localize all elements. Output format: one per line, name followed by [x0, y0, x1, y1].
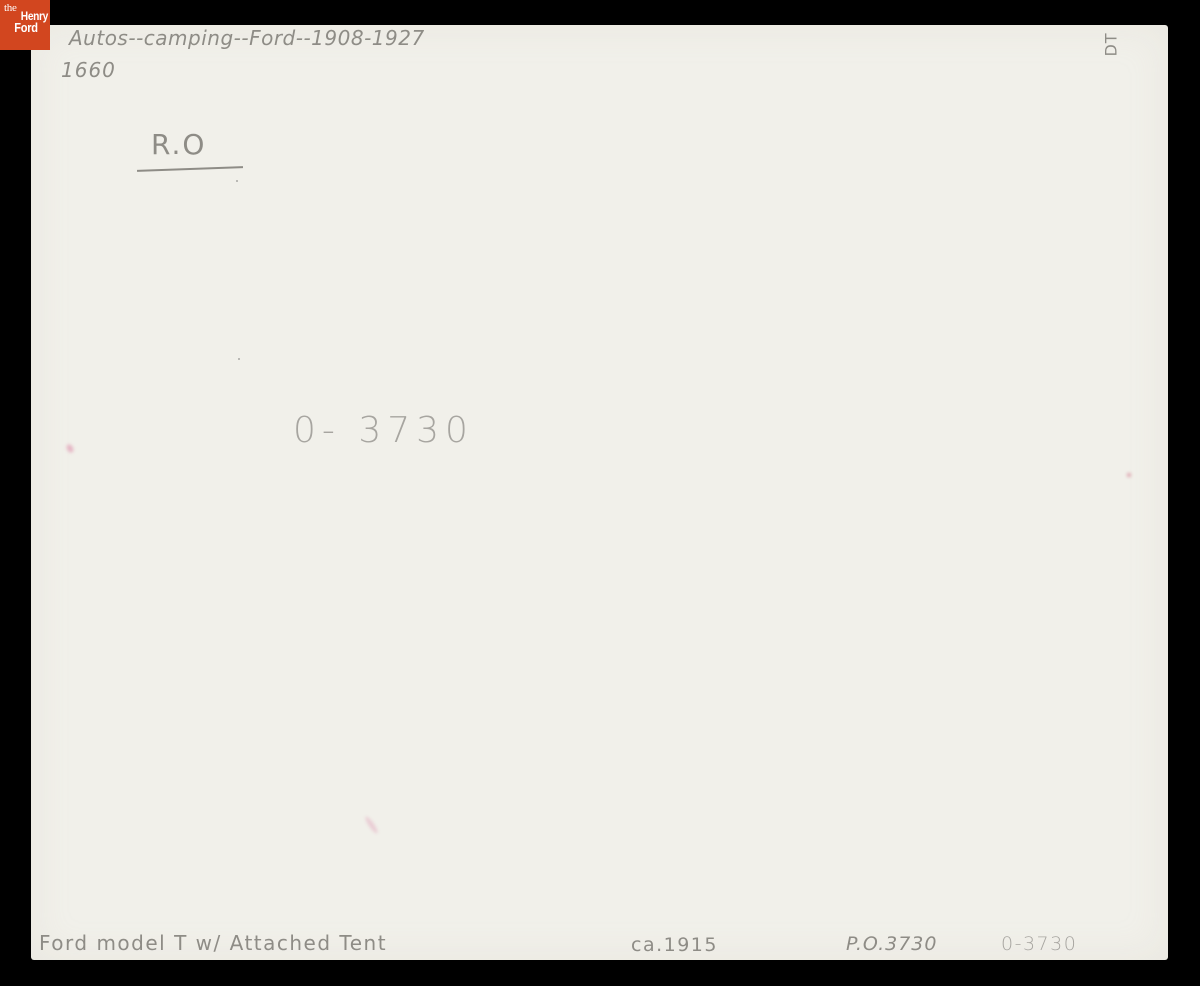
center-number-annotation: 0- 3730 — [293, 410, 474, 451]
pink-stain-mark — [364, 815, 380, 834]
image-stage: the Henry Ford Autos--camping--Ford--190… — [0, 0, 1200, 986]
file-number-annotation: 1660 — [61, 58, 116, 82]
subject-heading-annotation: Autos--camping--Ford--1908-1927 — [69, 26, 425, 50]
photo-back-paper: Autos--camping--Ford--1908-1927 1660 R.O… — [31, 25, 1168, 960]
paper-speck — [238, 358, 240, 360]
logo-ford: Ford — [7, 21, 44, 34]
ref-number-annotation: 0-3730 — [1001, 933, 1077, 955]
ro-annotation: R.O — [151, 128, 206, 161]
paper-speck — [236, 180, 238, 182]
caption-annotation: Ford model T w/ Attached Tent — [39, 931, 387, 955]
po-number-annotation: P.O.3730 — [846, 933, 937, 955]
henry-ford-logo: the Henry Ford — [0, 0, 50, 50]
ro-underline — [137, 166, 243, 171]
date-annotation: ca.1915 — [631, 934, 718, 956]
pink-stain-mark — [65, 443, 75, 454]
pink-stain-mark — [1127, 473, 1131, 477]
corner-initials-annotation: DT — [1102, 32, 1121, 56]
